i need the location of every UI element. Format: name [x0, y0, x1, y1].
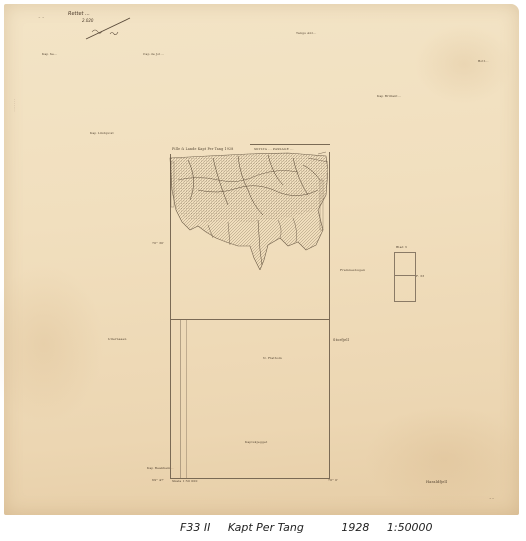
frame-line-right: [329, 152, 330, 479]
sheet-scale: 1:50000: [387, 521, 433, 534]
terrain-map: [168, 150, 328, 270]
coord-label: 69° 47': [152, 478, 164, 482]
corner-mark: ~~: [489, 496, 494, 500]
place-label: Tangs Ant...: [296, 31, 316, 35]
map-sheet: Rettet ... 2.020 ~ ~ Kap Se... Cap de Jo…: [4, 4, 519, 515]
paper-stain: [414, 24, 514, 104]
scale-label: Skala 1:50 000: [172, 479, 198, 483]
frame-line-mid: [170, 319, 330, 320]
place-label: Storfjell: [333, 338, 349, 342]
place-label: Bott...: [478, 59, 489, 63]
frame-line-top: [250, 144, 330, 145]
place-label: Kap Lindquist: [90, 131, 114, 135]
place-label: Kaptskjegget: [245, 440, 267, 444]
index-diagram: [394, 252, 416, 302]
paper-stain: [364, 404, 524, 514]
index-divider: [395, 275, 415, 276]
place-label: Kap Se...: [42, 52, 57, 56]
sheet-year: 1928: [341, 521, 369, 534]
place-label: Ullernasen: [108, 337, 127, 341]
diagonal-mark-icon: [84, 14, 134, 44]
place-label: Haraldfjell: [426, 480, 447, 484]
sheet-caption: F33 II Kapt Per Tang 1928 1:50000: [180, 521, 447, 534]
place-label: Framnesbugen: [340, 268, 365, 272]
index-label-side: F. 33: [416, 274, 424, 278]
place-label: Cap de Jol...: [143, 52, 164, 56]
place-label: N. Flathom: [263, 356, 282, 360]
corner-note: ~ ~: [38, 15, 45, 19]
coord-label: 70° 30': [152, 241, 164, 245]
sheet-title: Kapt Per Tang: [228, 521, 304, 534]
index-label-top: Blad 3: [396, 245, 407, 249]
frame-line-bottom: [170, 478, 330, 479]
paper-stain: [0, 264, 104, 424]
margin-annotation: · · · · · · ·: [13, 99, 17, 111]
sheet-id: F33 II: [180, 521, 210, 534]
place-label: Kap Brillant...: [377, 94, 401, 98]
